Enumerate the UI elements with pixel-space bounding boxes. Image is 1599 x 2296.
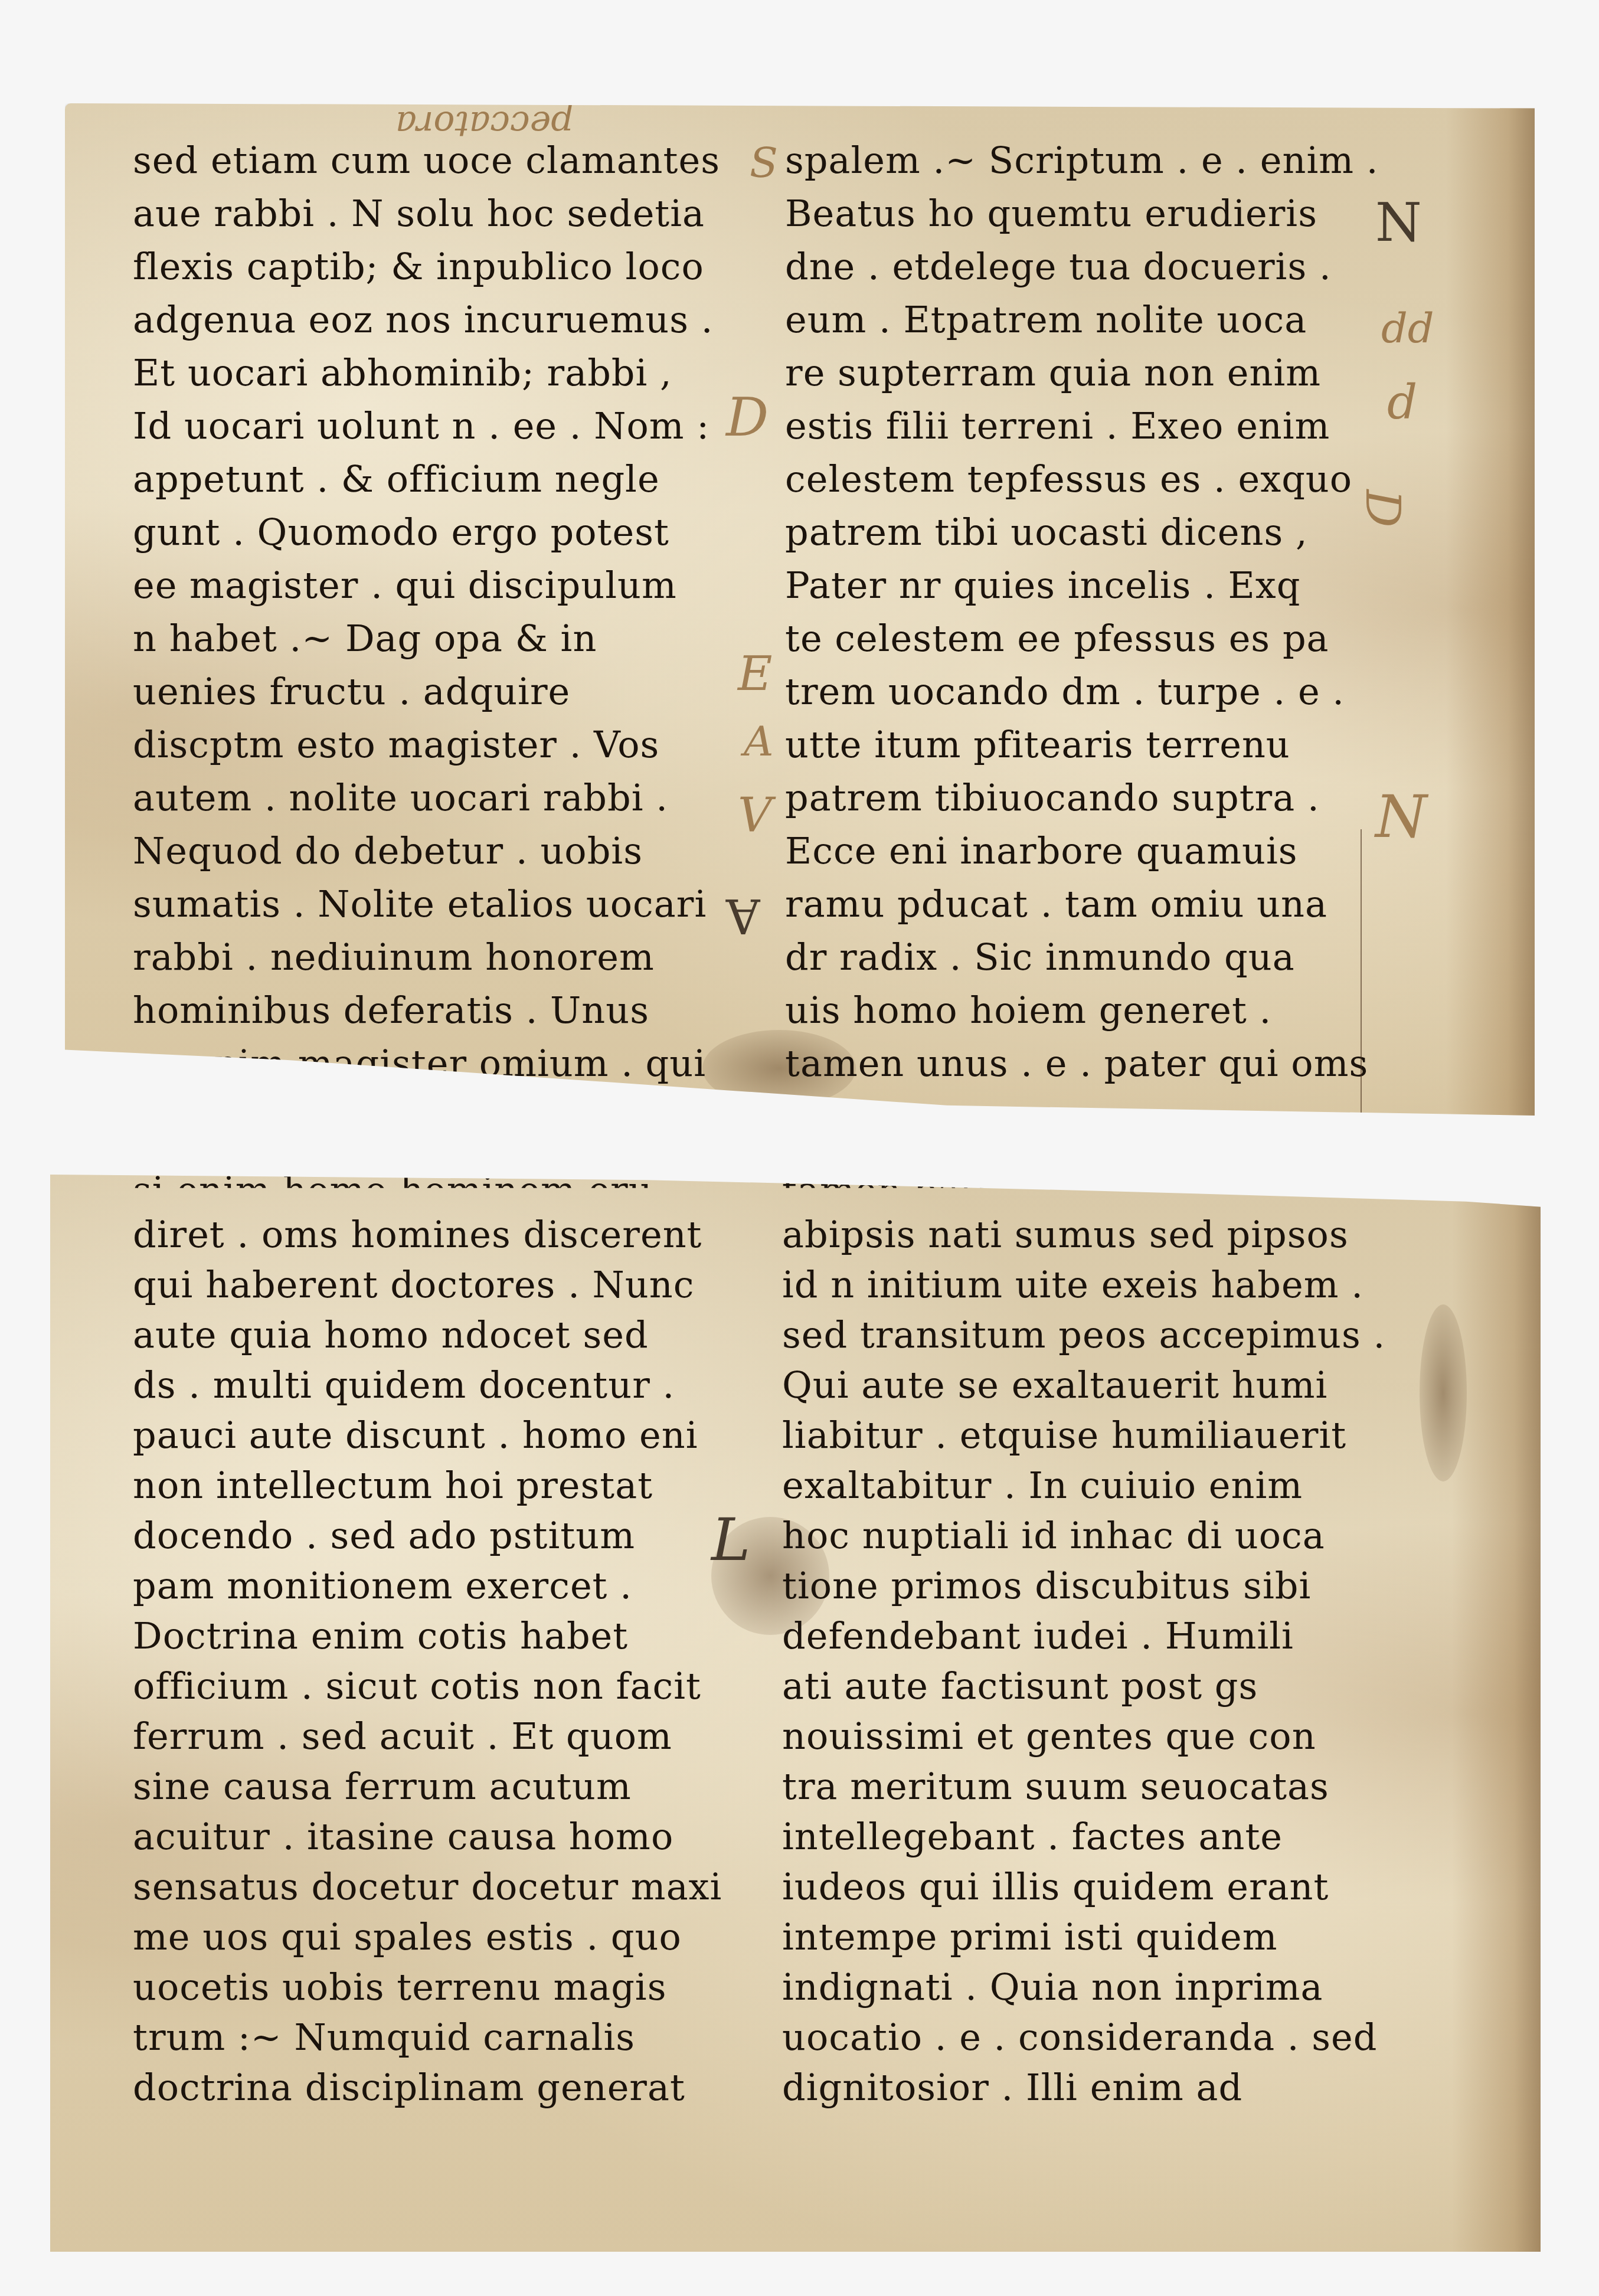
text-line: sine causa ferrum acutum — [133, 1765, 632, 1808]
text-line: adgenua eoz nos incuruemus . — [133, 298, 713, 341]
text-line: tione primos discubitus sibi — [782, 1564, 1311, 1607]
text-line: acuitur . itasine causa homo — [133, 1815, 673, 1858]
text-line: Doctrina enim cotis habet — [133, 1614, 628, 1657]
text-line: estis filii terreni . Exeo enim — [785, 404, 1330, 447]
gutter-annotation: S — [750, 139, 778, 187]
text-line: indignati . Quia non inprima — [782, 1965, 1323, 2009]
text-line: dr radix . Sic inmundo qua — [785, 936, 1295, 979]
text-line: tamen unus . e . pater qui oms — [785, 1042, 1368, 1085]
gutter-annotation: L — [711, 1505, 750, 1574]
text-line-cut-off: tamen patrem eoz quia non — [782, 1169, 1306, 1212]
manuscript-fragment-bottom: si enim homo hominem eru diret . oms hom… — [50, 1175, 1541, 2252]
text-line: sensatus docetur docetur maxi — [133, 1865, 722, 1908]
text-line: non intellectum hoi prestat — [133, 1464, 653, 1507]
text-line: aute quia homo ndocet sed — [133, 1313, 649, 1356]
text-line: Id uocari uolunt n . ee . Nom : — [133, 404, 709, 447]
text-line: celestem tepfessus es . exquo — [785, 457, 1352, 501]
text-line: hoc nuptiali id inhac di uoca — [782, 1514, 1325, 1557]
text-line: nouissimi et gentes que con — [782, 1715, 1316, 1758]
text-line: qui haberent doctores . Nunc — [133, 1263, 694, 1306]
text-line: officium . sicut cotis non facit — [133, 1664, 701, 1708]
text-line: e . enim magister omium . qui — [133, 1042, 706, 1085]
text-line: iudeos qui illis quidem erant — [782, 1865, 1329, 1908]
text-line: abipsis nati sumus sed pipsos — [782, 1213, 1349, 1256]
text-line: re supterram quia non enim — [785, 351, 1321, 394]
text-line: trum :~ Numquid carnalis — [133, 2016, 635, 2059]
text-line: sed transitum peos accepimus . — [782, 1313, 1385, 1356]
right-margin-annotation: D — [1355, 489, 1410, 527]
text-line: te celestem ee pfessus es pa — [785, 617, 1329, 660]
text-line: Pater nr quies incelis . Exq — [785, 564, 1300, 607]
text-line: docendo . sed ado pstitum — [133, 1514, 635, 1557]
text-line: me uos qui spales estis . quo — [133, 1915, 682, 1958]
text-line: ramu pducat . tam omiu una — [785, 882, 1327, 925]
text-line: Nequod do debetur . uobis — [133, 829, 643, 872]
text-line: spalem .~ Scriptum . e . enim . — [785, 139, 1378, 182]
manuscript-fragment-top: peccatora sed etiam cum uoce clamantes a… — [65, 103, 1535, 1116]
text-line: n habet .~ Dag opa & in — [133, 617, 597, 660]
text-line: dne . etdelege tua docueris . — [785, 245, 1332, 288]
text-line: defendebant iudei . Humili — [782, 1614, 1294, 1657]
text-line: autem . nolite uocari rabbi . — [133, 776, 668, 819]
text-line: appetunt . & officium negle — [133, 457, 660, 501]
right-margin-annotation: N — [1375, 192, 1422, 254]
right-margin-annotation: dd — [1381, 304, 1434, 352]
right-margin-annotation: N — [1375, 782, 1427, 851]
text-line: tra meritum suum seuocatas — [782, 1765, 1329, 1808]
text-line: utte itum pfitearis terrenu — [785, 723, 1290, 766]
gutter-annotation: E — [738, 646, 772, 701]
text-line: pauci aute discunt . homo eni — [133, 1414, 698, 1457]
text-line: sed etiam cum uoce clamantes — [133, 139, 720, 182]
text-line: patrem tibiuocando suptra . — [785, 776, 1320, 819]
text-line: intellegebant . factes ante — [782, 1815, 1283, 1858]
text-line: Beatus ho quemtu erudieris — [785, 192, 1317, 235]
text-line: uocatio . e . consideranda . sed — [782, 2016, 1377, 2059]
right-margin-annotation: d — [1387, 375, 1417, 430]
text-line: patrem tibi uocasti dicens , — [785, 511, 1308, 554]
text-line: liabitur . etquise humiliauerit — [782, 1414, 1346, 1457]
text-line: id n initium uite exeis habem . — [782, 1263, 1363, 1306]
text-line-cut-off: genuit D filiu fec — [785, 1095, 1107, 1138]
gutter-annotation: V — [738, 788, 772, 843]
text-line: pam monitionem exercet . — [133, 1564, 632, 1607]
text-line: hominibus deferatis . Unus — [133, 989, 649, 1032]
text-line: uenies fructu . adquire — [133, 670, 570, 713]
text-line: uocetis uobis terrenu magis — [133, 1965, 666, 2009]
parchment-edge-shading — [1452, 1175, 1541, 2252]
text-line: uis homo hoiem generet . — [785, 989, 1271, 1032]
text-line: eum . Etpatrem nolite uoca — [785, 298, 1307, 341]
text-line: ee magister . qui discipulum — [133, 564, 677, 607]
text-line: sumatis . Nolite etalios uocari — [133, 882, 707, 925]
text-line: dignitosior . Illi enim ad — [782, 2066, 1242, 2109]
gutter-annotation: A — [744, 717, 774, 766]
text-line: diret . oms homines discerent — [133, 1213, 702, 1256]
text-line: ferrum . sed acuit . Et quom — [133, 1715, 672, 1758]
text-line: Et uocari abhominib; rabbi , — [133, 351, 672, 394]
text-line: discptm esto magister . Vos — [133, 723, 659, 766]
text-line-cut-off: si enim homo hominem eru — [133, 1169, 653, 1212]
text-line: intempe primi isti quidem — [782, 1915, 1277, 1958]
text-line: gunt . Quomodo ergo potest — [133, 511, 669, 554]
text-line: ds . multi quidem docentur . — [133, 1363, 675, 1407]
text-line: doctrina disciplinam generat — [133, 2066, 685, 2109]
text-line: exaltabitur . In cuiuio enim — [782, 1464, 1303, 1507]
text-line: ati aute factisunt post gs — [782, 1664, 1258, 1708]
text-line-cut-off: fratres estis uos omnes — [133, 1089, 577, 1132]
text-line: Ecce eni inarbore quamuis — [785, 829, 1298, 872]
gutter-annotation: D — [726, 387, 769, 449]
text-line: Qui aute se exaltauerit humi — [782, 1363, 1327, 1407]
text-line: rabbi . nediuinum honorem — [133, 936, 655, 979]
marginal-ruling-line — [1361, 829, 1362, 1113]
ink-stain — [1420, 1304, 1467, 1481]
text-line: trem uocando dm . turpe . e . — [785, 670, 1345, 713]
parchment-edge-shading — [1446, 103, 1535, 1116]
text-line: flexis captib; & inpublico loco — [133, 245, 704, 288]
text-line: aue rabbi . N solu hoc sedetia — [133, 192, 705, 235]
gutter-capital-letter: A — [726, 888, 760, 943]
